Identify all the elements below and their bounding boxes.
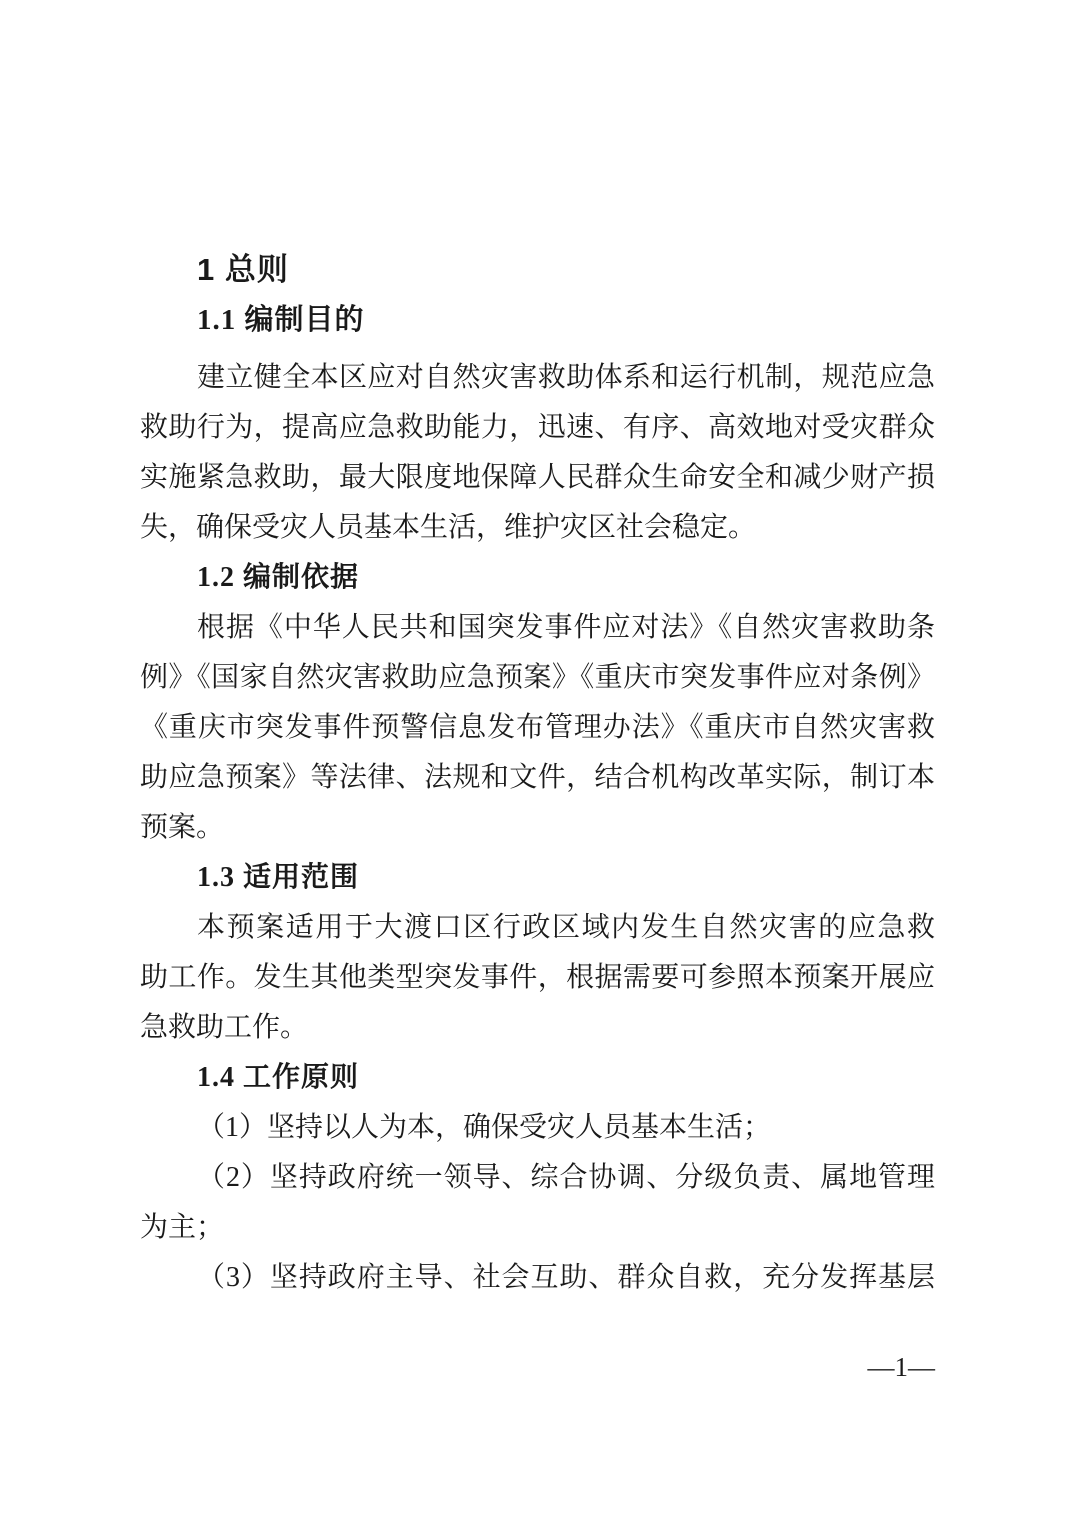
body-line: 助应急预案》等法律、法规和文件，结合机构改革实际，制订本 xyxy=(140,753,935,803)
body-line: 根据《中华人民共和国突发事件应对法》《自然灾害救助条 xyxy=(140,603,935,653)
section-heading-1-1: 1.1 编制目的 xyxy=(140,295,935,345)
body-line: 实施紧急救助，最大限度地保障人民群众生命安全和减少财产损 xyxy=(140,453,935,503)
chapter-heading: 1 总则 xyxy=(140,245,935,295)
body-line: 为主； xyxy=(140,1203,935,1253)
section-heading-1-4: 1.4 工作原则 xyxy=(140,1053,935,1103)
section-heading-1-3: 1.3 适用范围 xyxy=(140,853,935,903)
section-heading-1-2: 1.2 编制依据 xyxy=(140,553,935,603)
body-line: （1）坚持以人为本，确保受灾人员基本生活； xyxy=(140,1103,935,1153)
body-line: 例》《国家自然灾害救助应急预案》《重庆市突发事件应对条例》 xyxy=(140,653,935,703)
body-line: 本预案适用于大渡口区行政区域内发生自然灾害的应急救 xyxy=(140,903,935,953)
body-line: 急救助工作。 xyxy=(140,1003,935,1053)
body-line: 建立健全本区应对自然灾害救助体系和运行机制，规范应急 xyxy=(140,353,935,403)
body-line: （2）坚持政府统一领导、综合协调、分级负责、属地管理 xyxy=(140,1153,935,1203)
body-line: 失，确保受灾人员基本生活，维护灾区社会稳定。 xyxy=(140,503,935,553)
body-line: （3）坚持政府主导、社会互助、群众自救，充分发挥基层 xyxy=(140,1253,935,1303)
body-line: 预案。 xyxy=(140,803,935,853)
body-line: 救助行为，提高应急救助能力，迅速、有序、高效地对受灾群众 xyxy=(140,403,935,453)
body-line: 助工作。发生其他类型突发事件，根据需要可参照本预案开展应 xyxy=(140,953,935,1003)
document-body: 1 总则 1.1 编制目的 建立健全本区应对自然灾害救助体系和运行机制，规范应急… xyxy=(140,245,935,1303)
page-number: —1— xyxy=(868,1342,936,1392)
document-page: 1 总则 1.1 编制目的 建立健全本区应对自然灾害救助体系和运行机制，规范应急… xyxy=(0,0,1074,1520)
body-line: 《重庆市突发事件预警信息发布管理办法》《重庆市自然灾害救 xyxy=(140,703,935,753)
